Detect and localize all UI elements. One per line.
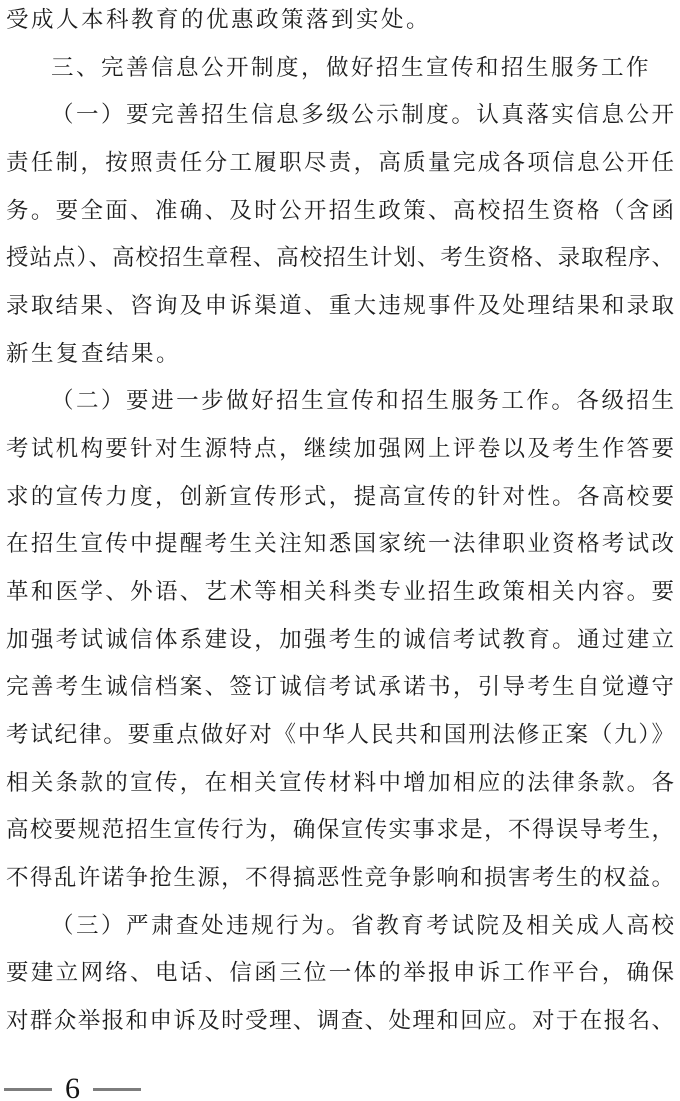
text-line: 革和医学、外语、艺术等相关科类专业招生政策相关内容。要 <box>6 568 674 616</box>
text-line: （二）要进一步做好招生宣传和招生服务工作。各级招生 <box>6 377 674 425</box>
text-line: （三）严肃查处违规行为。省教育考试院及相关成人高校 <box>6 902 674 950</box>
text-line: 相关条款的宣传，在相关宣传材料中增加相应的法律条款。各 <box>6 759 674 807</box>
text-line: 新生复查结果。 <box>6 330 674 378</box>
text-line: 授站点）、高校招生章程、高校招生计划、考生资格、录取程序、 <box>6 234 674 282</box>
text-line: 责任制，按照责任分工履职尽责，高质量完成各项信息公开任 <box>6 139 674 187</box>
text-line: 不得乱许诺争抢生源，不得搞恶性竞争影响和损害考生的权益。 <box>6 854 674 902</box>
text-line: 务。要全面、准确、及时公开招生政策、高校招生资格（含函 <box>6 187 674 235</box>
document-page: 受成人本科教育的优惠政策落到实处。三、完善信息公开制度，做好招生宣传和招生服务工… <box>0 0 680 1101</box>
text-line: 要建立网络、电话、信函三位一体的举报申诉工作平台，确保 <box>6 949 674 997</box>
page-number: 6 <box>4 1074 141 1101</box>
text-line: 对群众举报和申诉及时受理、调查、处理和回应。对于在报名、 <box>6 997 674 1045</box>
text-line: 在招生宣传中提醒考生关注知悉国家统一法律职业资格考试改 <box>6 520 674 568</box>
text-line: 录取结果、咨询及申诉渠道、重大违规事件及处理结果和录取 <box>6 282 674 330</box>
text-line: 考试机构要针对生源特点，继续加强网上评卷以及考生作答要 <box>6 425 674 473</box>
text-line: （一）要完善招生信息多级公示制度。认真落实信息公开 <box>6 91 674 139</box>
text-line: 考试纪律。要重点做好对《中华人民共和国刑法修正案（九）》 <box>6 711 674 759</box>
text-line: 受成人本科教育的优惠政策落到实处。 <box>6 0 674 44</box>
page-number-value: 6 <box>65 1074 80 1101</box>
text-line: 高校要规范招生宣传行为，确保宣传实事求是，不得误导考生， <box>6 806 674 854</box>
document-body: 受成人本科教育的优惠政策落到实处。三、完善信息公开制度，做好招生宣传和招生服务工… <box>6 0 674 1045</box>
text-line: 加强考试诚信体系建设，加强考生的诚信考试教育。通过建立 <box>6 616 674 664</box>
text-line: 求的宣传力度，创新宣传形式，提高宣传的针对性。各高校要 <box>6 473 674 521</box>
page-number-dash-right-icon <box>93 1088 141 1091</box>
section-heading-line: 三、完善信息公开制度，做好招生宣传和招生服务工作 <box>6 44 674 92</box>
page-number-dash-left-icon <box>4 1088 52 1091</box>
text-line: 完善考生诚信档案、签订诚信考试承诺书，引导考生自觉遵守 <box>6 663 674 711</box>
